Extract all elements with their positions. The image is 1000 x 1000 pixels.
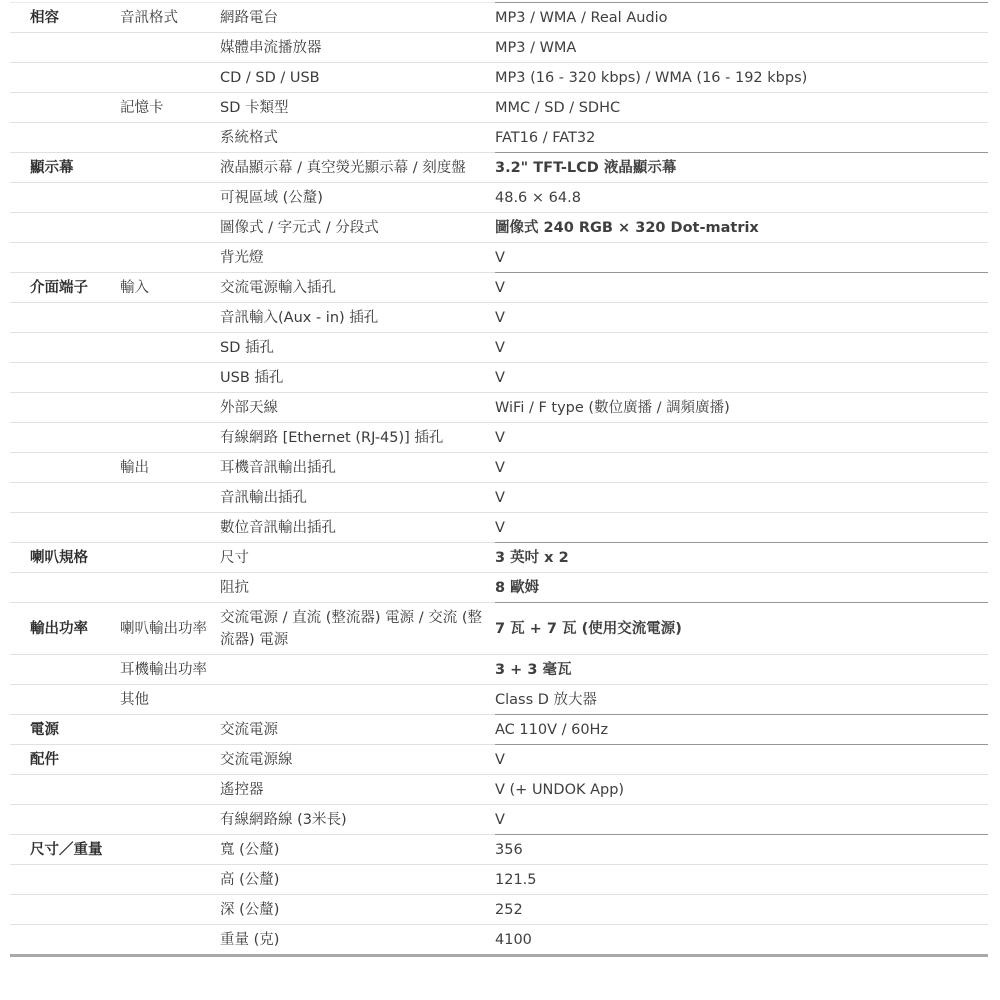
category-cell <box>10 865 120 895</box>
spec-page: 相容 音訊格式 網路電台 MP3 / WMA / Real Audio 媒體串流… <box>0 0 1000 1000</box>
category-cell <box>10 393 120 423</box>
spec-name-cell: 有線網路 [Ethernet (RJ-45)] 插孔 <box>220 423 495 453</box>
category-cell <box>10 243 120 273</box>
category-cell <box>10 805 120 835</box>
spec-name-cell: 音訊輸入(Aux - in) 插孔 <box>220 303 495 333</box>
spec-value-cell: V <box>495 805 988 835</box>
category-cell <box>10 895 120 925</box>
spec-value-cell: MP3 (16 - 320 kbps) / WMA (16 - 192 kbps… <box>495 63 988 93</box>
spec-name-cell: USB 插孔 <box>220 363 495 393</box>
spec-value-cell: V <box>495 333 988 363</box>
spec-value-cell: V (+ UNDOK App) <box>495 775 988 805</box>
category-cell <box>10 183 120 213</box>
spec-name-cell: 阻抗 <box>220 573 495 603</box>
spec-value-cell: FAT16 / FAT32 <box>495 123 988 153</box>
spec-value-cell: V <box>495 273 988 303</box>
spec-name-cell: 重量 (克) <box>220 925 495 956</box>
subcategory-cell <box>120 123 220 153</box>
category-cell: 電源 <box>10 715 120 745</box>
table-row: 阻抗 8 歐姆 <box>10 573 988 603</box>
spec-name-cell: 遙控器 <box>220 775 495 805</box>
table-row: 記憶卡 SD 卡類型 MMC / SD / SDHC <box>10 93 988 123</box>
spec-name-cell: 高 (公釐) <box>220 865 495 895</box>
subcategory-cell <box>120 775 220 805</box>
spec-name-cell: 有線網路線 (3米長) <box>220 805 495 835</box>
table-row: 外部天線 WiFi / F type (數位廣播 / 調頻廣播) <box>10 393 988 423</box>
table-row: 背光燈 V <box>10 243 988 273</box>
table-row: 輸出 耳機音訊輸出插孔 V <box>10 453 988 483</box>
spec-name-cell: SD 插孔 <box>220 333 495 363</box>
table-row: 高 (公釐) 121.5 <box>10 865 988 895</box>
table-row: 可視區域 (公釐) 48.6 × 64.8 <box>10 183 988 213</box>
subcategory-cell: 記憶卡 <box>120 93 220 123</box>
spec-name-cell: 交流電源輸入插孔 <box>220 273 495 303</box>
spec-value-cell: 7 瓦 + 7 瓦 (使用交流電源) <box>495 603 988 655</box>
category-cell <box>10 573 120 603</box>
spec-name-cell: 網路電台 <box>220 3 495 33</box>
table-row: 遙控器 V (+ UNDOK App) <box>10 775 988 805</box>
spec-value-cell: 3 + 3 毫瓦 <box>495 655 988 685</box>
subcategory-cell: 其他 <box>120 685 220 715</box>
subcategory-cell <box>120 745 220 775</box>
table-row: CD / SD / USB MP3 (16 - 320 kbps) / WMA … <box>10 63 988 93</box>
subcategory-cell <box>120 363 220 393</box>
subcategory-cell <box>120 423 220 453</box>
category-cell: 顯示幕 <box>10 153 120 183</box>
table-row: SD 插孔 V <box>10 333 988 363</box>
category-cell <box>10 63 120 93</box>
table-row: 喇叭規格 尺寸 3 英吋 x 2 <box>10 543 988 573</box>
category-cell: 介面端子 <box>10 273 120 303</box>
subcategory-cell <box>120 243 220 273</box>
category-cell <box>10 483 120 513</box>
category-cell <box>10 513 120 543</box>
spec-name-cell: 尺寸 <box>220 543 495 573</box>
table-row: 其他 Class D 放大器 <box>10 685 988 715</box>
spec-name-cell: 外部天線 <box>220 393 495 423</box>
spec-table-body: 相容 音訊格式 網路電台 MP3 / WMA / Real Audio 媒體串流… <box>10 3 988 956</box>
spec-value-cell: 121.5 <box>495 865 988 895</box>
category-cell: 輸出功率 <box>10 603 120 655</box>
spec-value-cell: WiFi / F type (數位廣播 / 調頻廣播) <box>495 393 988 423</box>
spec-name-cell: 寬 (公釐) <box>220 835 495 865</box>
subcategory-cell: 耳機輸出功率 <box>120 655 220 685</box>
spec-value-cell: Class D 放大器 <box>495 685 988 715</box>
subcategory-cell <box>120 835 220 865</box>
spec-name-cell: 數位音訊輸出插孔 <box>220 513 495 543</box>
table-row: 系統格式 FAT16 / FAT32 <box>10 123 988 153</box>
spec-value-cell: 356 <box>495 835 988 865</box>
spec-value-cell: V <box>495 453 988 483</box>
subcategory-cell <box>120 213 220 243</box>
subcategory-cell <box>120 895 220 925</box>
spec-value-cell: MP3 / WMA / Real Audio <box>495 3 988 33</box>
spec-name-cell: 圖像式 / 字元式 / 分段式 <box>220 213 495 243</box>
subcategory-cell <box>120 805 220 835</box>
spec-value-cell: 圖像式 240 RGB × 320 Dot-matrix <box>495 213 988 243</box>
category-cell <box>10 93 120 123</box>
spec-name-cell: 液晶顯示幕 / 真空熒光顯示幕 / 刻度盤 <box>220 153 495 183</box>
subcategory-cell <box>120 183 220 213</box>
category-cell <box>10 213 120 243</box>
table-row: 輸出功率 喇叭輸出功率 交流電源 / 直流 (整流器) 電源 / 交流 (整流器… <box>10 603 988 655</box>
subcategory-cell <box>120 333 220 363</box>
spec-name-cell: 耳機音訊輸出插孔 <box>220 453 495 483</box>
category-cell <box>10 685 120 715</box>
subcategory-cell <box>120 573 220 603</box>
spec-name-cell: 媒體串流播放器 <box>220 33 495 63</box>
category-cell <box>10 33 120 63</box>
subcategory-cell <box>120 33 220 63</box>
category-cell: 配件 <box>10 745 120 775</box>
category-cell <box>10 363 120 393</box>
subcategory-cell: 音訊格式 <box>120 3 220 33</box>
subcategory-cell <box>120 153 220 183</box>
spec-value-cell: 252 <box>495 895 988 925</box>
table-row: 圖像式 / 字元式 / 分段式 圖像式 240 RGB × 320 Dot-ma… <box>10 213 988 243</box>
table-row: 音訊輸出插孔 V <box>10 483 988 513</box>
spec-name-cell: CD / SD / USB <box>220 63 495 93</box>
spec-value-cell: 4100 <box>495 925 988 956</box>
spec-value-cell: MP3 / WMA <box>495 33 988 63</box>
spec-value-cell: V <box>495 513 988 543</box>
table-row: 數位音訊輸出插孔 V <box>10 513 988 543</box>
category-cell <box>10 925 120 956</box>
category-cell <box>10 423 120 453</box>
subcategory-cell <box>120 483 220 513</box>
spec-value-cell: 8 歐姆 <box>495 573 988 603</box>
category-cell <box>10 123 120 153</box>
table-row: USB 插孔 V <box>10 363 988 393</box>
subcategory-cell: 喇叭輸出功率 <box>120 603 220 655</box>
table-row: 尺寸／重量 寬 (公釐) 356 <box>10 835 988 865</box>
table-row: 深 (公釐) 252 <box>10 895 988 925</box>
table-row: 有線網路線 (3米長) V <box>10 805 988 835</box>
category-cell: 相容 <box>10 3 120 33</box>
table-row: 電源 交流電源 AC 110V / 60Hz <box>10 715 988 745</box>
spec-name-cell: SD 卡類型 <box>220 93 495 123</box>
category-cell: 喇叭規格 <box>10 543 120 573</box>
table-row: 媒體串流播放器 MP3 / WMA <box>10 33 988 63</box>
spec-table: 相容 音訊格式 網路電台 MP3 / WMA / Real Audio 媒體串流… <box>10 2 988 957</box>
subcategory-cell <box>120 513 220 543</box>
category-cell: 尺寸／重量 <box>10 835 120 865</box>
subcategory-cell <box>120 393 220 423</box>
spec-value-cell: 48.6 × 64.8 <box>495 183 988 213</box>
spec-value-cell: V <box>495 243 988 273</box>
category-cell <box>10 333 120 363</box>
spec-name-cell: 系統格式 <box>220 123 495 153</box>
spec-name-cell <box>220 655 495 685</box>
subcategory-cell <box>120 925 220 956</box>
subcategory-cell <box>120 63 220 93</box>
spec-value-cell: 3 英吋 x 2 <box>495 543 988 573</box>
spec-value-cell: V <box>495 745 988 775</box>
spec-value-cell: 3.2" TFT-LCD 液晶顯示幕 <box>495 153 988 183</box>
subcategory-cell: 輸出 <box>120 453 220 483</box>
table-row: 耳機輸出功率 3 + 3 毫瓦 <box>10 655 988 685</box>
spec-name-cell: 音訊輸出插孔 <box>220 483 495 513</box>
spec-value-cell: V <box>495 363 988 393</box>
subcategory-cell <box>120 865 220 895</box>
subcategory-cell <box>120 303 220 333</box>
spec-value-cell: V <box>495 423 988 453</box>
spec-name-cell: 可視區域 (公釐) <box>220 183 495 213</box>
subcategory-cell <box>120 543 220 573</box>
spec-value-cell: V <box>495 303 988 333</box>
subcategory-cell: 輸入 <box>120 273 220 303</box>
table-row: 配件 交流電源線 V <box>10 745 988 775</box>
table-row: 介面端子 輸入 交流電源輸入插孔 V <box>10 273 988 303</box>
spec-name-cell: 交流電源 / 直流 (整流器) 電源 / 交流 (整流器) 電源 <box>220 603 495 655</box>
table-row: 有線網路 [Ethernet (RJ-45)] 插孔 V <box>10 423 988 453</box>
spec-name-cell: 交流電源 <box>220 715 495 745</box>
table-row: 顯示幕 液晶顯示幕 / 真空熒光顯示幕 / 刻度盤 3.2" TFT-LCD 液… <box>10 153 988 183</box>
spec-name-cell: 深 (公釐) <box>220 895 495 925</box>
spec-value-cell: MMC / SD / SDHC <box>495 93 988 123</box>
subcategory-cell <box>120 715 220 745</box>
table-row: 音訊輸入(Aux - in) 插孔 V <box>10 303 988 333</box>
category-cell <box>10 453 120 483</box>
spec-value-cell: AC 110V / 60Hz <box>495 715 988 745</box>
category-cell <box>10 775 120 805</box>
category-cell <box>10 655 120 685</box>
table-row: 相容 音訊格式 網路電台 MP3 / WMA / Real Audio <box>10 3 988 33</box>
spec-name-cell: 背光燈 <box>220 243 495 273</box>
spec-value-cell: V <box>495 483 988 513</box>
spec-name-cell: 交流電源線 <box>220 745 495 775</box>
category-cell <box>10 303 120 333</box>
table-row: 重量 (克) 4100 <box>10 925 988 956</box>
spec-name-cell <box>220 685 495 715</box>
